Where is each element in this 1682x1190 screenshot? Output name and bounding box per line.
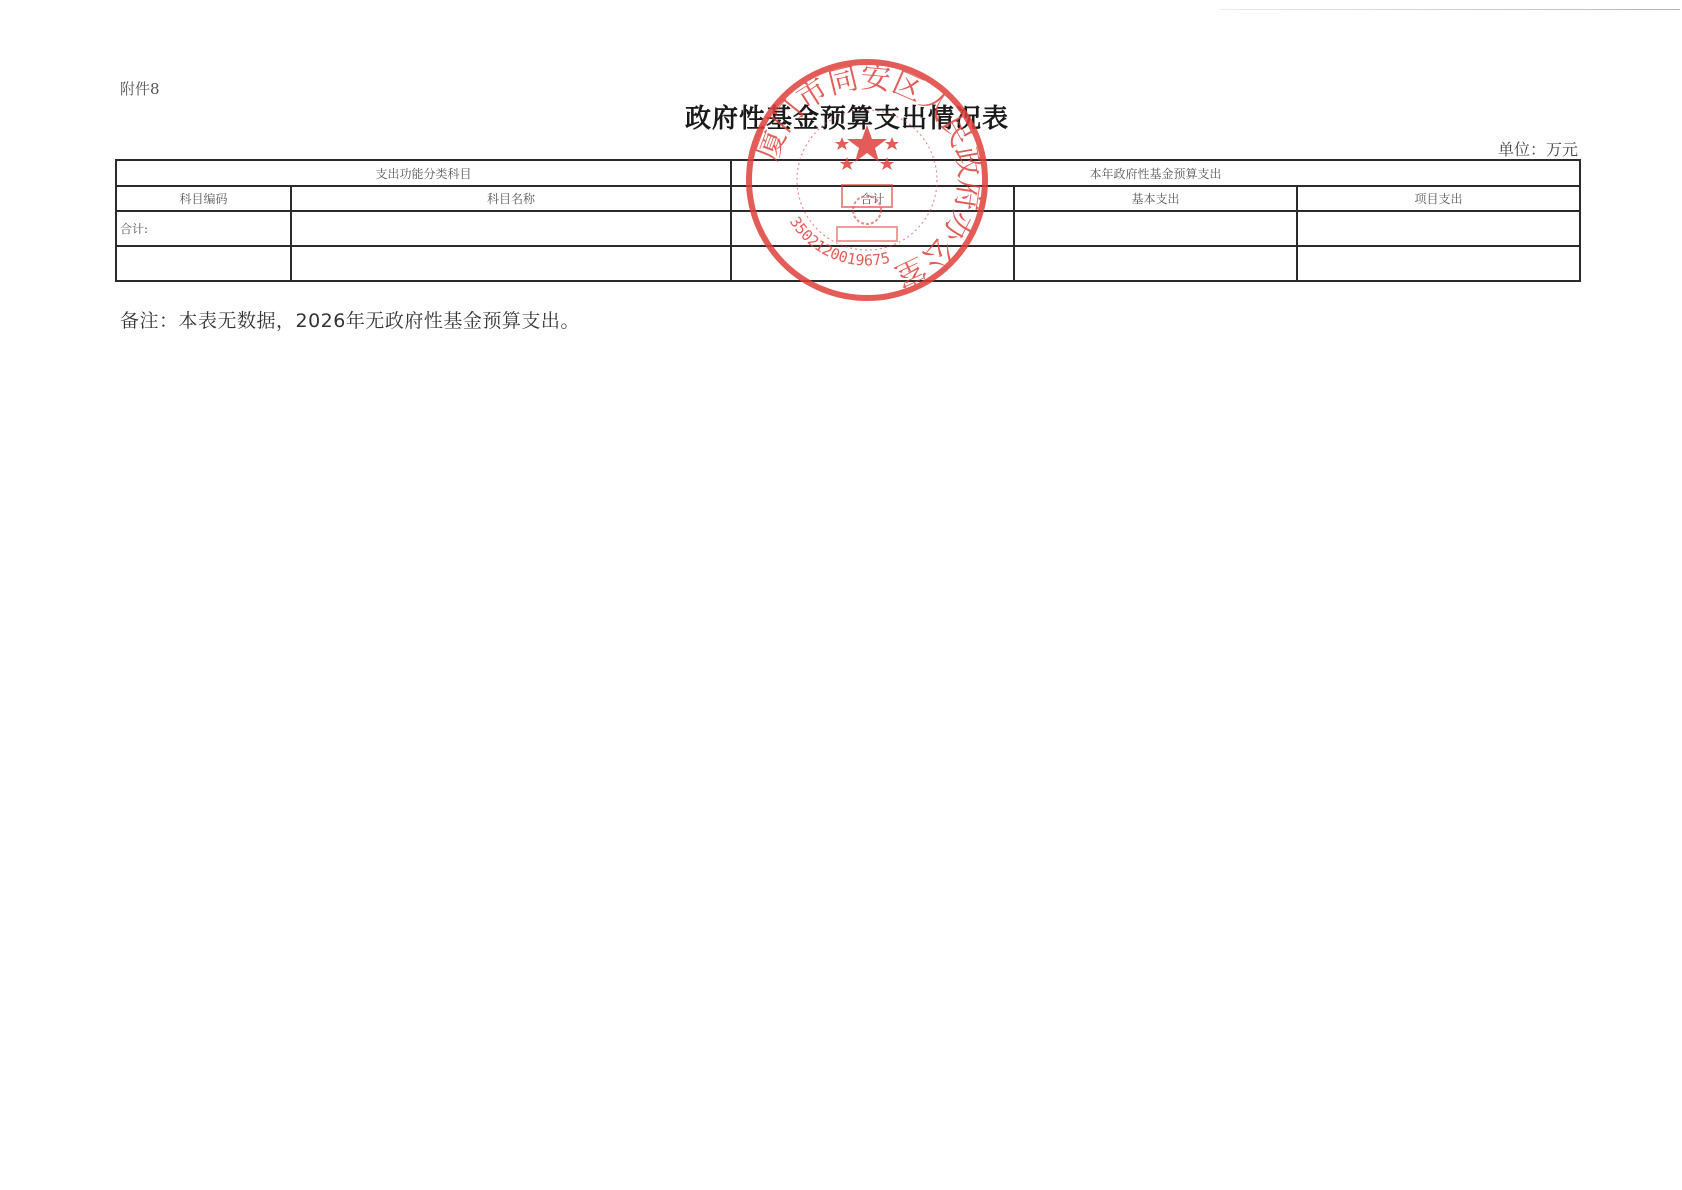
page-title: 政府性基金预算支出情况表 [0, 98, 1682, 135]
table-group-header-row: 支出功能分类科目 本年政府性基金预算支出 [116, 160, 1580, 186]
table-row: 合计: [116, 211, 1580, 246]
cell-basic [1014, 211, 1297, 246]
page-title-text: 政府性基金预算支出情况表 [685, 104, 1009, 134]
cell-name [291, 246, 731, 281]
cell-code: 合计: [116, 211, 291, 246]
remark-note: 备注：本表无数据，2026年无政府性基金预算支出。 [120, 306, 580, 333]
unit-label: 单位：万元 [1498, 137, 1578, 160]
cell-total [731, 211, 1014, 246]
cell-total [731, 246, 1014, 281]
cell-name [291, 211, 731, 246]
cell-code [116, 246, 291, 281]
attachment-label: 附件8 [120, 78, 160, 99]
scan-edge-artifact [1220, 9, 1680, 10]
table-column-header-row: 科目编码 科目名称 合计 基本支出 项目支出 [116, 186, 1580, 211]
cell-project [1297, 246, 1580, 281]
column-header-total: 合计 [731, 186, 1014, 211]
cell-project [1297, 211, 1580, 246]
column-header-code: 科目编码 [116, 186, 291, 211]
column-header-name: 科目名称 [291, 186, 731, 211]
column-header-basic: 基本支出 [1014, 186, 1297, 211]
group-header-function-classification: 支出功能分类科目 [116, 160, 731, 186]
group-header-current-year-expenditure: 本年政府性基金预算支出 [731, 160, 1580, 186]
budget-table: 支出功能分类科目 本年政府性基金预算支出 科目编码 科目名称 合计 基本支出 项… [115, 159, 1581, 282]
table-row [116, 246, 1580, 281]
cell-basic [1014, 246, 1297, 281]
column-header-project: 项目支出 [1297, 186, 1580, 211]
